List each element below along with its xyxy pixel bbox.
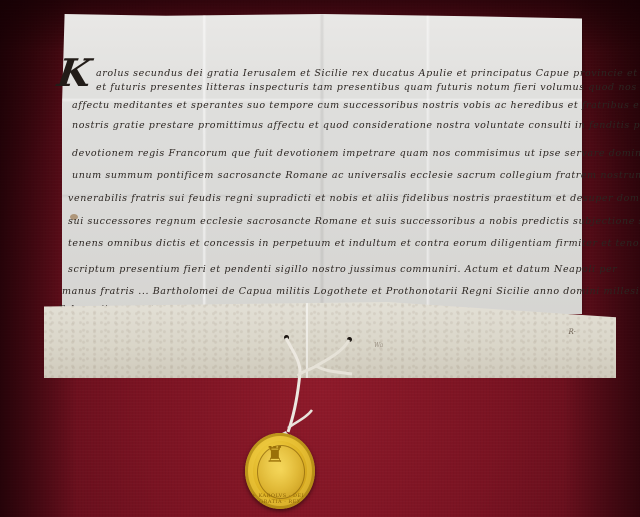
cord-hole-right [347,337,352,342]
seal-legend: + KAROLVS · DEI · GRATIA · REX [245,493,315,505]
decorated-initial: K [55,50,94,95]
charter-line: tenens omnibus dictis et concessis in pe… [68,238,640,249]
charter-line: venerabilis fratris sui feudis regni sup… [68,193,640,204]
gold-bulla-seal: ♜ + KAROLVS · DEI · GRATIA · REX [245,433,315,509]
charter-line: affectu meditantes et sperantes suo temp… [72,100,640,111]
seal-enthroned-figure-icon: ♜ [265,445,285,467]
charter-line: unum summum pontificem sacrosancte Roman… [72,170,640,181]
plica-fold: R· Wa [44,302,616,378]
charter-line: manus fratris ... Bartholomei de Capua m… [62,286,640,297]
cord-hole-left [284,335,289,340]
charter-line: sui successores regnum ecclesie sacrosan… [68,216,640,227]
charter-line: arolus secundus dei gratia Ierusalem et … [96,68,640,79]
charter-line: devotionem regis Francorum que fuit devo… [72,148,640,159]
charter-line: scriptum presentium fieri et pendenti si… [68,264,617,275]
plica-annotation: Wa [374,342,383,349]
plica-crease [306,302,308,378]
charter-line: nostris gratie prestare promittimus affe… [72,120,640,131]
plica-registry-mark: R· [569,328,577,336]
charter-line: et futuris presentes litteras inspecturi… [96,82,640,93]
